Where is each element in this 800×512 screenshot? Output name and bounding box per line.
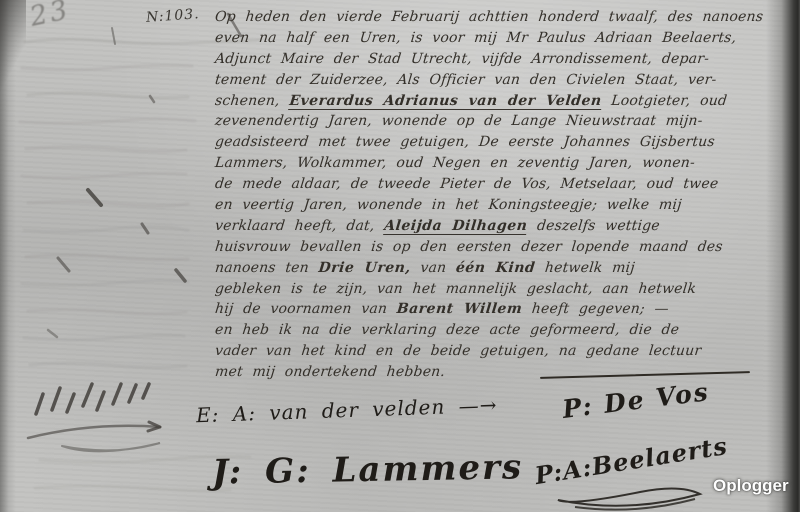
manuscript-line: Adjunct Maire der Stad Utrecht, vijfde A…: [214, 49, 788, 70]
manuscript-line: even na half een Uren, is voor mij Mr Pa…: [214, 28, 788, 49]
page-corner-shadow: [0, 0, 26, 95]
manuscript-line: schenen, Everardus Adrianus van der Veld…: [214, 91, 788, 112]
manuscript-text-segment: hetwelk mij: [534, 260, 635, 276]
manuscript-text-segment: van: [410, 260, 457, 276]
manuscript-text-segment: Barent Willem: [396, 301, 523, 317]
manuscript-text-segment: gebleken is te zijn, van het mannelijk g…: [214, 281, 697, 297]
manuscript-text-segment: Everardus Adrianus van der Velden: [288, 93, 602, 110]
manuscript-text-segment: en heb ik na die verklaring deze acte ge…: [214, 322, 680, 338]
manuscript-text-segment: even na half een Uren, is voor mij Mr Pa…: [214, 30, 737, 46]
manuscript-line: gebleken is te zijn, van het mannelijk g…: [214, 279, 788, 300]
manuscript-line: huisvrouw bevallen is op den eersten dez…: [214, 237, 788, 258]
manuscript-line: vader van het kind en de beide getuigen,…: [214, 341, 788, 362]
manuscript-text-segment: deszelfs wettige: [527, 218, 661, 234]
manuscript-line: nanoens ten Drie Uren, van één Kind hetw…: [214, 258, 788, 279]
manuscript-text: Op heden den vierde Februarij achttien h…: [215, 7, 787, 383]
manuscript-text-segment: nanoens ten: [214, 260, 319, 276]
manuscript-line: tement der Zuiderzee, Als Officier van d…: [214, 70, 788, 91]
manuscript-text-segment: vader van het kind en de beide getuigen,…: [214, 343, 702, 359]
manuscript-text-segment: met mij ondertekend hebben.: [214, 364, 446, 380]
manuscript-line: Op heden den vierde Februarij achttien h…: [214, 7, 788, 28]
manuscript-line: verklaard heeft, dat, Aleijda Dilhagen d…: [214, 216, 788, 237]
manuscript-text-segment: huisvrouw bevallen is op den eersten dez…: [214, 239, 723, 255]
manuscript-text-segment: de mede aldaar, de tweede Pieter de Vos,…: [214, 176, 719, 192]
manuscript-line: zevenendertig Jaren, wonende op de Lange…: [214, 111, 788, 132]
scanned-record-page: 23 N:103. Op heden den vierde Februarij …: [0, 0, 800, 512]
manuscript-text-segment: Lootgieter, oud: [601, 93, 728, 109]
manuscript-text-segment: schenen,: [214, 93, 290, 109]
manuscript-text-segment: zevenendertig Jaren, wonende op de Lange…: [214, 113, 703, 129]
manuscript-line: en heb ik na die verklaring deze acte ge…: [214, 320, 788, 341]
manuscript-text-segment: Lammers, Wolkammer, oud Negen en zeventi…: [214, 155, 696, 171]
manuscript-text-segment: verklaard heeft, dat,: [214, 218, 385, 234]
manuscript-line: Lammers, Wolkammer, oud Negen en zeventi…: [214, 153, 788, 174]
manuscript-text-segment: Op heden den vierde Februarij achttien h…: [214, 9, 764, 25]
manuscript-line: hij de voornamen van Barent Willem heeft…: [214, 299, 788, 320]
manuscript-line: en veertig Jaren, wonende in het Konings…: [214, 195, 788, 216]
manuscript-text-segment: één Kind: [455, 260, 536, 276]
manuscript-line: de mede aldaar, de tweede Pieter de Vos,…: [214, 174, 788, 195]
manuscript-text-segment: en veertig Jaren, wonende in het Konings…: [214, 197, 682, 213]
oplogger-watermark: Oplogger: [713, 476, 789, 496]
manuscript-text-segment: Adjunct Maire der Stad Utrecht, vijfde A…: [214, 51, 710, 67]
manuscript-text-segment: heeft gegeven; —: [521, 301, 669, 317]
manuscript-text-segment: hij de voornamen van: [214, 301, 397, 317]
manuscript-text-segment: Drie Uren,: [318, 260, 412, 276]
manuscript-line: geadsisteerd met twee getuigen, De eerst…: [214, 132, 788, 153]
signature-lammers: J: G: Lammers: [212, 447, 524, 492]
manuscript-text-segment: Aleijda Dilhagen: [383, 218, 528, 235]
manuscript-text-segment: tement der Zuiderzee, Als Officier van d…: [214, 72, 717, 88]
manuscript-text-segment: geadsisteerd met twee getuigen, De eerst…: [214, 134, 715, 150]
